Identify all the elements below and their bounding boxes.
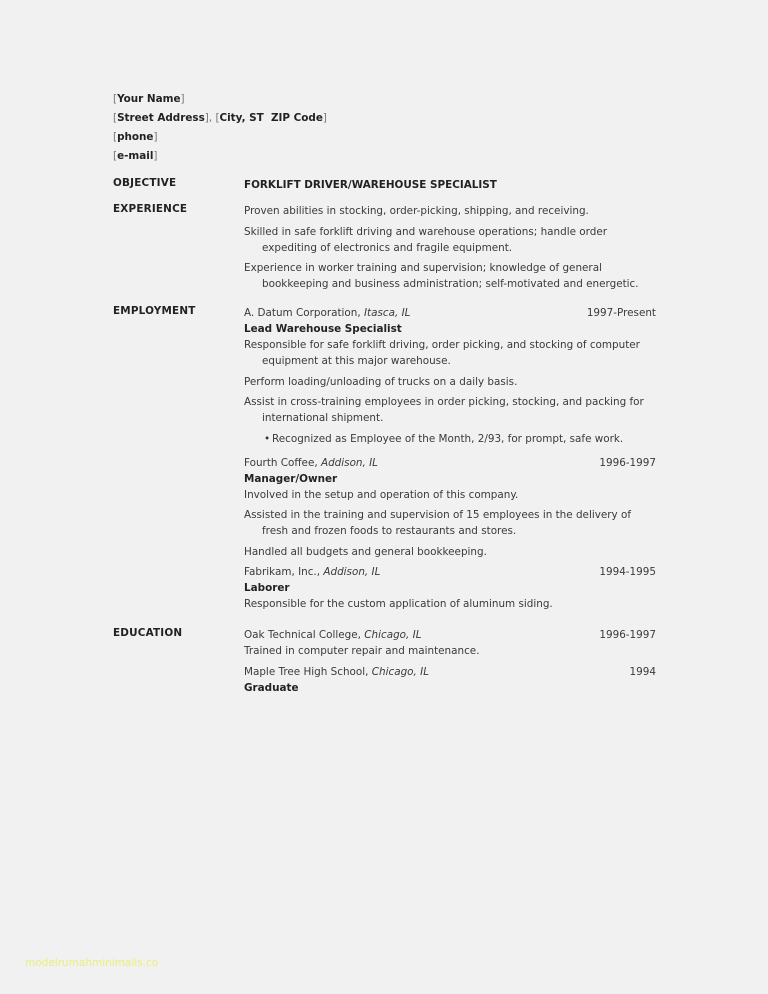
experience-item: Experience in worker training and superv… (244, 260, 656, 292)
job-location: Addison, IL (321, 457, 378, 469)
job-header: Fourth Coffee, Addison, IL 1996-1997 (244, 455, 656, 471)
job-duty: Perform loading/unloading of trucks on a… (244, 374, 656, 390)
job-duty: Handled all budgets and general bookkeep… (244, 544, 656, 560)
contact-phone: [phone] (113, 130, 327, 149)
school-title: Graduate (244, 680, 656, 696)
job-title: Manager/Owner (244, 471, 656, 487)
experience-section: Proven abilities in stocking, order-pick… (244, 203, 656, 292)
job-location: Addison, IL (323, 566, 380, 578)
job-title: Laborer (244, 580, 656, 596)
experience-item: Proven abilities in stocking, order-pick… (244, 203, 656, 219)
education-section: Oak Technical College, Chicago, IL 1996-… (244, 627, 656, 696)
job-location: Itasca, IL (364, 307, 410, 319)
job-bullet: •Recognized as Employee of the Month, 2/… (244, 431, 656, 447)
job-dates: 1997-Present (587, 305, 656, 321)
job-duty: Assisted in the training and supervision… (244, 507, 656, 539)
experience-item: Skilled in safe forklift driving and war… (244, 224, 656, 256)
job-title: Lead Warehouse Specialist (244, 321, 656, 337)
education-label: EDUCATION (113, 627, 182, 639)
job-dates: 1994-1995 (599, 564, 656, 580)
contact-email: [e-mail] (113, 149, 327, 168)
job-duty: Involved in the setup and operation of t… (244, 487, 656, 503)
school-dates: 1994 (630, 664, 656, 680)
school-dates: 1996-1997 (599, 627, 656, 643)
job-header: Fabrikam, Inc., Addison, IL 1994-1995 (244, 564, 656, 580)
school-detail: Trained in computer repair and maintenan… (244, 643, 656, 659)
job-header: A. Datum Corporation, Itasca, IL 1997-Pr… (244, 305, 656, 321)
job-dates: 1996-1997 (599, 455, 656, 471)
job-company: A. Datum Corporation, (244, 307, 361, 319)
school-location: Chicago, IL (364, 629, 421, 641)
contact-block: [Your Name] [Street Address], [City, ST … (113, 92, 327, 168)
job-duty: Assist in cross-training employees in or… (244, 394, 656, 426)
school-header: Maple Tree High School, Chicago, IL 1994 (244, 664, 656, 680)
watermark: modelrumahminimalis.co (25, 957, 158, 969)
contact-address: [Street Address], [City, ST ZIP Code] (113, 111, 327, 130)
job-duty: Responsible for safe forklift driving, o… (244, 337, 656, 369)
job-duty: Responsible for the custom application o… (244, 596, 656, 612)
school-header: Oak Technical College, Chicago, IL 1996-… (244, 627, 656, 643)
job-company: Fabrikam, Inc., (244, 566, 320, 578)
objective-label: OBJECTIVE (113, 177, 176, 189)
employment-label: EMPLOYMENT (113, 305, 196, 317)
resume-page: [Your Name] [Street Address], [City, ST … (0, 0, 768, 994)
objective-text: FORKLIFT DRIVER/WAREHOUSE SPECIALIST (244, 177, 656, 193)
school-name: Oak Technical College, (244, 629, 361, 641)
bullet-icon: • (264, 431, 272, 447)
contact-name: [Your Name] (113, 92, 327, 111)
job-company: Fourth Coffee, (244, 457, 318, 469)
school-name: Maple Tree High School, (244, 666, 368, 678)
experience-label: EXPERIENCE (113, 203, 187, 215)
employment-section: A. Datum Corporation, Itasca, IL 1997-Pr… (244, 305, 656, 612)
school-location: Chicago, IL (372, 666, 429, 678)
